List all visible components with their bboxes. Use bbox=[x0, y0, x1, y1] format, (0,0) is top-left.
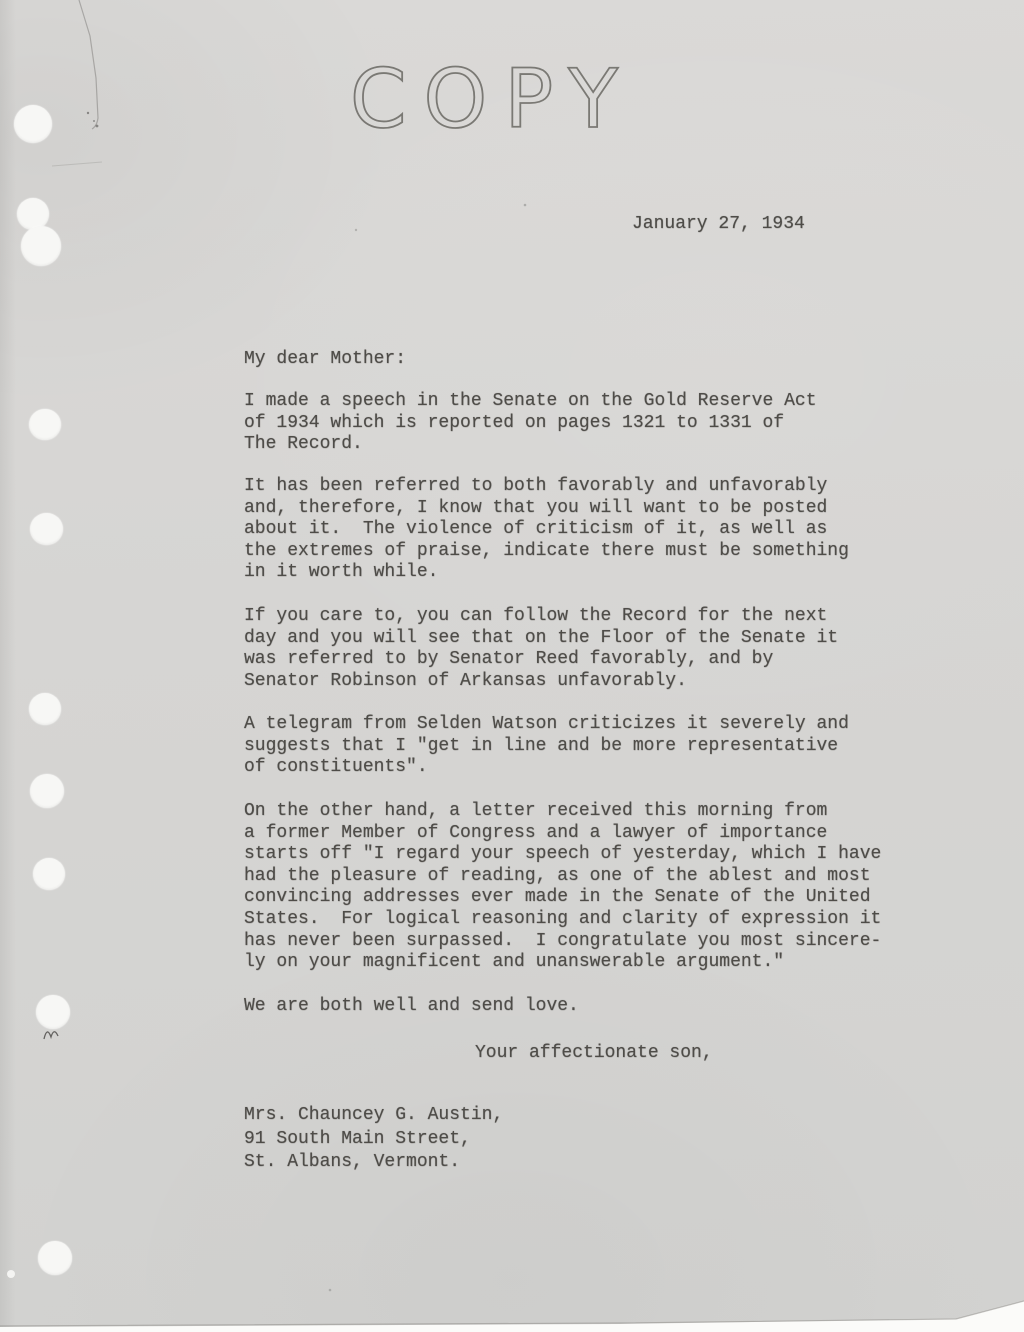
copy-stamp: COPY bbox=[342, 52, 672, 152]
salutation: My dear Mother: bbox=[244, 349, 406, 371]
punch-hole bbox=[30, 774, 64, 808]
punch-hole bbox=[14, 105, 52, 143]
letter-paragraph: If you care to, you can follow the Recor… bbox=[244, 606, 838, 692]
punch-hole bbox=[17, 198, 49, 230]
letter-paragraph: We are both well and send love. bbox=[244, 996, 579, 1018]
letter-paragraph: I made a speech in the Senate on the Gol… bbox=[244, 391, 817, 456]
recipient-address: Mrs. Chauncey G. Austin, 91 South Main S… bbox=[244, 1104, 503, 1175]
closing-line: Your affectionate son, bbox=[475, 1043, 713, 1065]
date-line: January 27, 1934 bbox=[632, 214, 805, 236]
punch-hole bbox=[33, 858, 65, 890]
punch-hole bbox=[38, 1241, 72, 1275]
punch-hole bbox=[30, 513, 63, 545]
letter-paragraph: On the other hand, a letter received thi… bbox=[244, 801, 881, 974]
letter-paragraph: It has been referred to both favorably a… bbox=[244, 476, 849, 584]
scanned-letter-screenshot: COPY January 27, 1934 My dear Mother: I … bbox=[0, 0, 1024, 1332]
punch-hole bbox=[29, 693, 61, 725]
letter-paragraph: A telegram from Selden Watson criticizes… bbox=[244, 714, 849, 779]
punch-hole bbox=[21, 226, 61, 266]
punch-hole bbox=[36, 995, 70, 1029]
punch-hole bbox=[29, 409, 61, 440]
copy-stamp-text: COPY bbox=[350, 53, 635, 147]
